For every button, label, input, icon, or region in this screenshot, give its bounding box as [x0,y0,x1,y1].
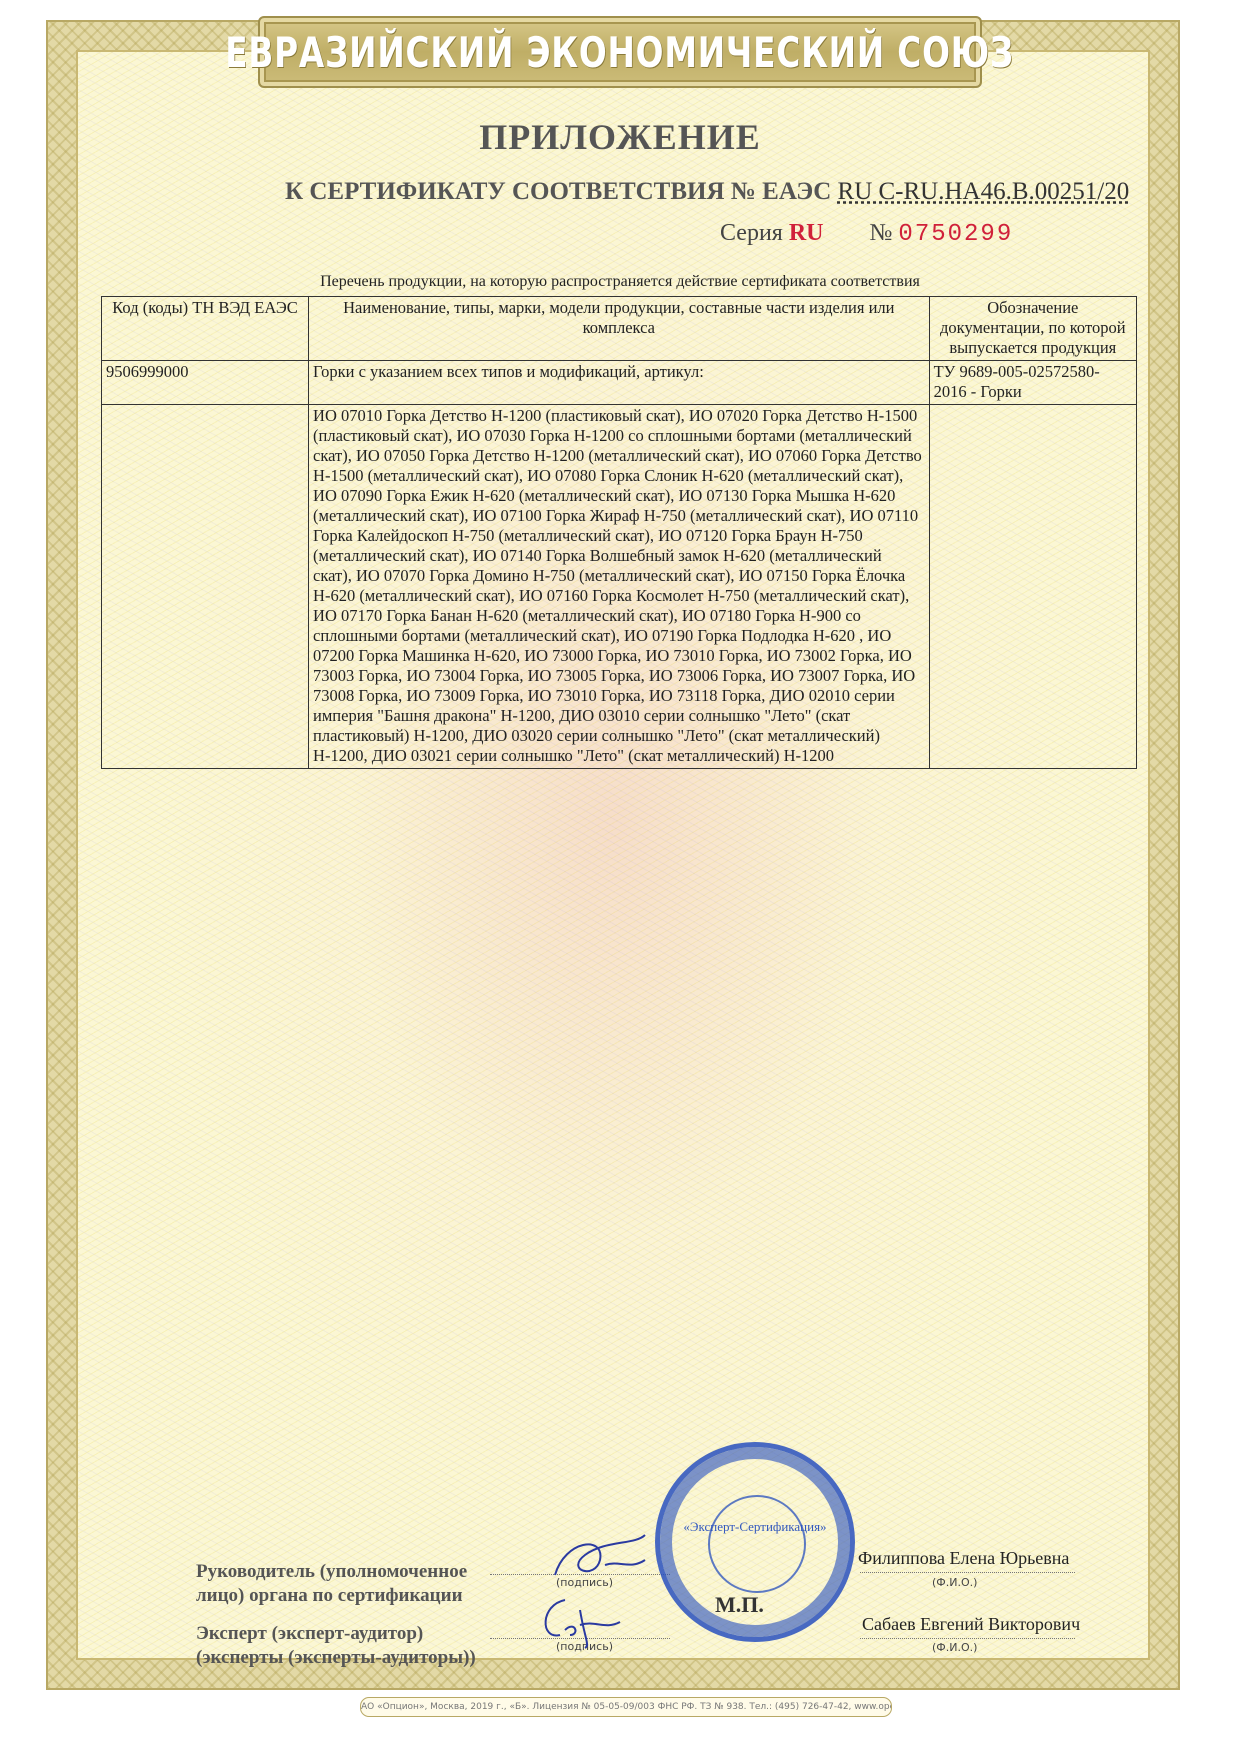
table-row: 9506999000 Горки с указанием всех типов … [102,361,1137,405]
series-value: RU [789,220,824,246]
expert-label-line1: Эксперт (эксперт-аудитор) [196,1622,476,1646]
fio-line-head [860,1572,1075,1573]
cell-doc: ТУ 9689-005-02572580-2016 - Горки [929,361,1136,405]
header-name: Наименование, типы, марки, модели продук… [309,297,930,361]
printer-imprint: АО «Опцион», Москва, 2019 г., «Б». Лицен… [360,1697,892,1717]
stamp-inner-ring [708,1495,806,1593]
fio-line-expert [860,1638,1075,1639]
series-label: Серия [720,220,783,246]
expert-label-line2: (эксперты (эксперты-аудиторы)) [196,1646,476,1670]
head-label-line1: Руководитель (уполномоченное [196,1560,467,1584]
expert-signature-icon [535,1590,625,1650]
head-name: Филиппова Елена Юрьевна [858,1548,1069,1569]
fio-caption-expert: (Ф.И.О.) [932,1641,977,1654]
union-banner: ЕВРАЗИЙСКИЙ ЭКОНОМИЧЕСКИЙ СОЮЗ [258,16,982,88]
series-line: Серия RU № 0750299 [720,220,1013,248]
seal-label: М.П. [715,1592,764,1618]
cell-code: 9506999000 [102,361,309,405]
table-row: ИО 07010 Горка Детство Н-1200 (пластиков… [102,405,1137,769]
header-doc: Обозначение документации, по которой вып… [929,297,1136,361]
cell-doc [929,405,1136,769]
serial-number: 0750299 [898,221,1013,248]
table-header-row: Код (коды) ТН ВЭД ЕАЭС Наименование, тип… [102,297,1137,361]
cell-name: ИО 07010 Горка Детство Н-1200 (пластиков… [309,405,930,769]
expert-name: Сабаев Евгений Викторович [862,1614,1080,1635]
number-label: № [870,220,893,246]
union-name: ЕВРАЗИЙСКИЙ ЭКОНОМИЧЕСКИЙ СОЮЗ [226,28,1015,77]
fio-caption-head: (Ф.И.О.) [932,1576,977,1589]
head-signature-icon [545,1530,655,1590]
expert-label: Эксперт (эксперт-аудитор) (эксперты (экс… [196,1622,476,1670]
stamp-center-text: «Эксперт-Сертификация» [660,1519,850,1535]
header-code: Код (коды) ТН ВЭД ЕАЭС [102,297,309,361]
certificate-paper [76,50,1150,1660]
certificate-reference: К СЕРТИФИКАТУ СООТВЕТСТВИЯ № ЕАЭС RU C-R… [285,178,1129,206]
head-label-line2: лицо) органа по сертификации [196,1584,467,1608]
document-title: ПРИЛОЖЕНИЕ [0,116,1240,158]
products-list-caption: Перечень продукции, на которую распростр… [0,273,1240,291]
products-table: Код (коды) ТН ВЭД ЕАЭС Наименование, тип… [101,296,1137,769]
certificate-label: К СЕРТИФИКАТУ СООТВЕТСТВИЯ № ЕАЭС [285,178,831,205]
cell-name: Горки с указанием всех типов и модификац… [309,361,930,405]
head-label: Руководитель (уполномоченное лицо) орган… [196,1560,467,1608]
certificate-number: RU C-RU.НА46.В.00251/20 [838,178,1130,205]
cell-code [102,405,309,769]
